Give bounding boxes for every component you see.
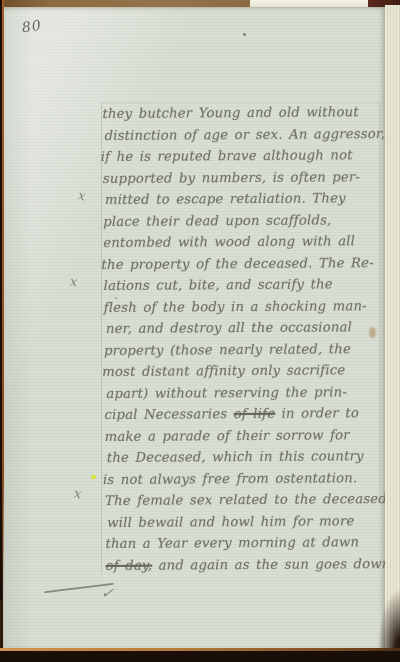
ink-speck (115, 297, 117, 299)
manuscript-line: the Deceased, which in this country (107, 446, 385, 469)
line-text: mitted to escape retaliation. They (105, 191, 346, 208)
line-text: the Deceased, which in this country (107, 449, 364, 466)
line-text: The female sex related to the deceased (105, 492, 387, 509)
manuscript-line: of day, and again as the sun goes down (106, 554, 386, 577)
highlight-dot (91, 475, 96, 479)
page-number: 80 (21, 18, 43, 37)
manuscript-line: distinction of age or sex. An aggressor, (105, 124, 383, 147)
manuscript-line: will bewail and howl him for more (107, 511, 385, 534)
line-text: the property of the deceased. The Re- (101, 256, 373, 273)
margin-x-mark-1: x (77, 188, 87, 204)
book-fore-edge (385, 5, 400, 651)
manuscript-line: place their dead upon scaffolds, (103, 210, 383, 233)
manuscript-line: the property of the deceased. The Re- (101, 253, 383, 276)
line-text: and again as the sun goes down (152, 556, 390, 573)
book-cover-bottom-edge (0, 651, 400, 662)
struck-text: of day, (106, 558, 153, 573)
line-text: will bewail and howl him for more (107, 514, 354, 531)
line-text: lations cut, bite, and scarify the (104, 277, 333, 294)
line-text: is not always free from ostentation. (103, 471, 357, 488)
margin-x-mark-2: x (69, 275, 77, 290)
manuscript-line: most distant affinity only sacrifice (102, 360, 384, 383)
line-text: apart) without reserving the prin- (106, 385, 347, 402)
manuscript-line: is not always free from ostentation. (103, 468, 385, 491)
book-spine-edge-line (2, 0, 4, 592)
line-text: flesh of the body in a shocking man- (104, 299, 367, 316)
line-text: they butcher Young and old without (102, 105, 358, 122)
line-text: place their dead upon scaffolds, (103, 213, 331, 230)
line-text: supported by numbers, is often per- (103, 170, 360, 187)
manuscript-line: cipal Necessaries of life in order to (104, 403, 384, 426)
manuscript-line: if he is reputed brave although not (101, 145, 383, 168)
struck-text: of life (234, 407, 276, 422)
manuscript-line: entombed with wood along with all (103, 231, 383, 254)
manuscript-photo: 80 they butcher Young and old without di… (0, 0, 400, 662)
fore-edge-corner-shadow (378, 590, 400, 652)
manuscript-line: property (those nearly related, the (104, 339, 384, 362)
margin-x-mark-3: x (73, 487, 82, 503)
manuscript-line: apart) without reserving the prin- (106, 382, 384, 405)
manuscript-text: they butcher Young and old without disti… (102, 102, 385, 577)
manuscript-line: mitted to escape retaliation. They (105, 188, 383, 211)
line-text: if he is reputed brave although not (101, 148, 353, 165)
line-text: make a parade of their sorrow for (105, 428, 350, 445)
pencil-checkmark: ✓ (100, 583, 114, 602)
line-text: entombed with wood along with all (103, 234, 355, 251)
line-text: property (those nearly related, the (104, 342, 351, 359)
line-text: in order to (275, 406, 359, 422)
manuscript-line: ner, and destroy all the occasional (106, 317, 384, 340)
line-text: most distant affinity only sacrifice (102, 363, 345, 380)
line-text: distinction of age or sex. An aggressor, (105, 127, 386, 144)
manuscript-line: make a parade of their sorrow for (105, 425, 385, 448)
manuscript-line: supported by numbers, is often per- (103, 167, 383, 190)
line-text: cipal Necessaries (104, 407, 233, 423)
ink-speck (243, 33, 246, 36)
stain-spot (369, 327, 376, 338)
line-text: ner, and destroy all the occasional (106, 320, 352, 337)
manuscript-line: than a Year every morning at dawn (105, 532, 385, 555)
manuscript-line: they butcher Young and old without (102, 102, 382, 125)
manuscript-page: 80 they butcher Young and old without di… (3, 7, 385, 650)
manuscript-line: flesh of the body in a shocking man- (104, 296, 384, 319)
manuscript-line: The female sex related to the deceased (105, 489, 385, 512)
manuscript-line: lations cut, bite, and scarify the (104, 274, 384, 297)
line-text: than a Year every morning at dawn (105, 535, 359, 552)
